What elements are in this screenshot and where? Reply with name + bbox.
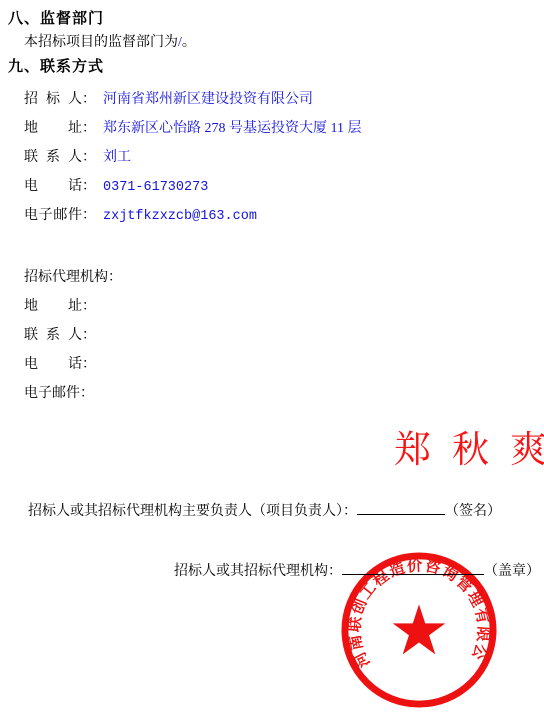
colon: ：: [82, 179, 96, 194]
agency-email-label: 电子邮件: [24, 382, 80, 402]
seal-star-icon: [393, 604, 446, 654]
colon: ：: [82, 150, 96, 165]
colon: ：: [82, 121, 96, 136]
colon: ：: [82, 299, 96, 314]
agency-contact-person-label: 联系人: [24, 324, 82, 344]
tenderer-row-email: 电子邮件：zxjtfkzxzcb@163.com: [24, 204, 257, 224]
seal-company-text: 河南联创工程造价咨询管理有限公司: [340, 551, 493, 670]
sign-line-person: 招标人或其招标代理机构主要负责人（项目负责人）：（签名）: [28, 500, 501, 520]
colon: ：: [82, 328, 96, 343]
signature-name-stamp: 郑秋爽: [394, 419, 544, 473]
agency-row-email: 电子邮件：: [24, 382, 101, 402]
tenderer-phone-value: 0371-61730273: [103, 180, 208, 195]
agency-row-name: 招标代理机构：: [24, 266, 129, 286]
tenderer-contact-person-value: 刘工: [103, 150, 131, 165]
colon: ：: [82, 208, 96, 223]
colon: ：: [80, 386, 94, 401]
agency-address-label: 地址: [24, 295, 82, 315]
tenderer-row-address: 地址：郑东新区心怡路 278 号基运投资大厦 11 层: [24, 117, 361, 137]
agency-row-phone: 电话：: [24, 353, 103, 373]
tender-document-page: 八、监督部门 本招标项目的监督部门为/。 九、联系方式 招标人：河南省郑州新区建…: [0, 0, 544, 716]
tenderer-address-value: 郑东新区心怡路 278 号基运投资大厦 11 层: [103, 121, 361, 136]
signature-blank-line: [357, 500, 445, 515]
sign-line-person-suffix: （签名）: [445, 504, 501, 519]
section-contact-heading: 九、联系方式: [8, 55, 104, 76]
agency-phone-label: 电话: [24, 353, 82, 373]
colon: ：: [82, 357, 96, 372]
sign-line-org-label: 招标人或其招标代理机构：: [174, 564, 342, 579]
supervision-body-prefix: 本招标项目的监督部门为: [24, 35, 178, 50]
tenderer-email-label: 电子邮件: [24, 204, 82, 224]
tenderer-contact-person-label: 联系人: [24, 146, 82, 166]
tenderer-name-label: 招标人: [24, 88, 82, 108]
tenderer-email-value: zxjtfkzxzcb@163.com: [103, 209, 257, 224]
colon: ：: [82, 92, 96, 107]
tenderer-row-phone: 电话：0371-61730273: [24, 175, 208, 195]
tenderer-address-label: 地址: [24, 117, 82, 137]
svg-text:河南联创工程造价咨询管理有限公司: 河南联创工程造价咨询管理有限公司: [340, 551, 493, 670]
sign-line-person-label: 招标人或其招标代理机构主要负责人（项目负责人）：: [28, 504, 357, 519]
tenderer-row-name: 招标人：河南省郑州新区建设投资有限公司: [24, 88, 313, 108]
agency-name-label: 招标代理机构: [24, 266, 108, 286]
tenderer-row-contact-person: 联系人：刘工: [24, 146, 131, 166]
supervision-body: 本招标项目的监督部门为/。: [24, 31, 196, 51]
supervision-body-suffix: 。: [182, 35, 196, 50]
section-supervision-heading: 八、监督部门: [8, 7, 104, 28]
agency-row-address: 地址：: [24, 295, 103, 315]
tenderer-phone-label: 电话: [24, 175, 82, 195]
agency-row-contact-person: 联系人：: [24, 324, 103, 344]
tenderer-name-value: 河南省郑州新区建设投资有限公司: [103, 92, 313, 107]
company-seal-stamp: 河南联创工程造价咨询管理有限公司: [340, 551, 498, 709]
colon: ：: [108, 270, 122, 285]
